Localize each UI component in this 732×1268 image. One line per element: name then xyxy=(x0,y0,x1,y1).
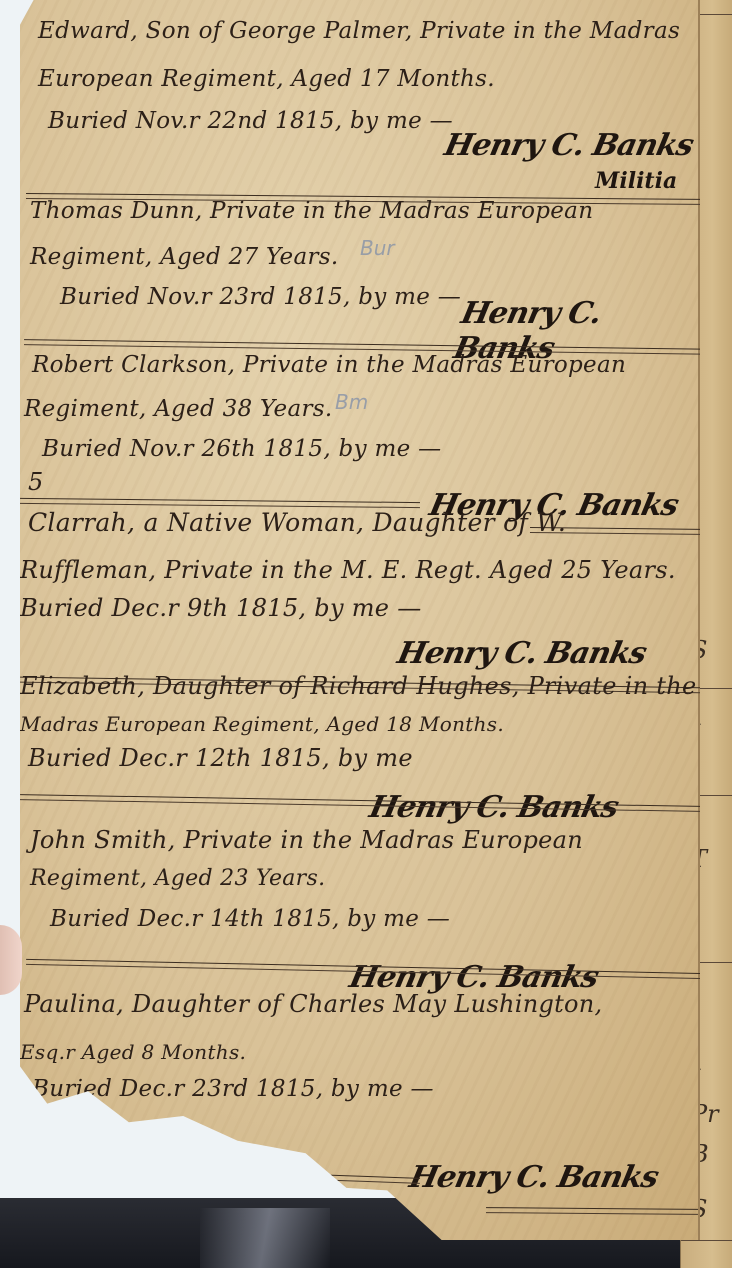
entry-line-2: European Regiment, Aged 17 Months. xyxy=(38,66,495,92)
burial-line: Buried Nov.r 23rd 1815, by me — xyxy=(60,284,461,310)
entry-line-2: Regiment, Aged 38 Years. xyxy=(24,396,332,422)
burial-line: Buried Dec.r 23rd 1815, by me — xyxy=(32,1076,434,1102)
thumb xyxy=(0,925,22,995)
entry-line-1: Clarrah, a Native Woman, Daughter of W. xyxy=(28,508,566,537)
entry-line-1: John Smith, Private in the Madras Europe… xyxy=(30,826,583,854)
entry-divider xyxy=(200,1170,420,1184)
margin-mark: 5 xyxy=(28,468,43,496)
signature-annotation: Militia xyxy=(595,168,677,194)
entry-line-2: Esq.r Aged 8 Months. xyxy=(20,1040,246,1064)
signature-underline xyxy=(486,1207,698,1215)
entry-line-1: Robert Clarkson, Private in the Madras E… xyxy=(32,352,626,378)
signature: Henry C. Banks xyxy=(441,128,696,163)
signature: Henry C. Banks xyxy=(406,1160,661,1195)
entry-line-2: Regiment, Aged 27 Years. xyxy=(30,244,338,270)
entry-line-2: Ruffleman, Private in the M. E. Regt. Ag… xyxy=(20,556,676,584)
burial-line: Buried Nov.r 22nd 1815, by me — xyxy=(48,108,453,134)
burial-line: Buried Dec.r 14th 1815, by me — xyxy=(50,906,450,932)
entry-divider xyxy=(20,498,420,508)
signature: Henry C. Banks xyxy=(394,636,649,671)
pencil-annotation: Bur xyxy=(360,236,395,260)
burial-line: Buried Dec.r 12th 1815, by me xyxy=(28,744,413,772)
register-page: Edward, Son of George Palmer, Private in… xyxy=(20,0,700,1240)
burial-line: Buried Nov.r 26th 1815, by me — xyxy=(42,436,441,462)
entry-line-1: Edward, Son of George Palmer, Private in… xyxy=(38,18,680,44)
burial-line: Buried Dec.r 9th 1815, by me — xyxy=(20,594,422,622)
pencil-annotation: Bm xyxy=(335,390,368,414)
entry-line-1: Thomas Dunn, Private in the Madras Europ… xyxy=(30,198,593,224)
entry-line-2: Regiment, Aged 23 Years. xyxy=(30,866,325,891)
entry-line-1: Elizabeth, Daughter of Richard Hughes, P… xyxy=(20,672,697,700)
entry-line-2: Madras European Regiment, Aged 18 Months… xyxy=(20,712,504,736)
entry-line-1: Paulina, Daughter of Charles May Lushing… xyxy=(24,990,603,1018)
